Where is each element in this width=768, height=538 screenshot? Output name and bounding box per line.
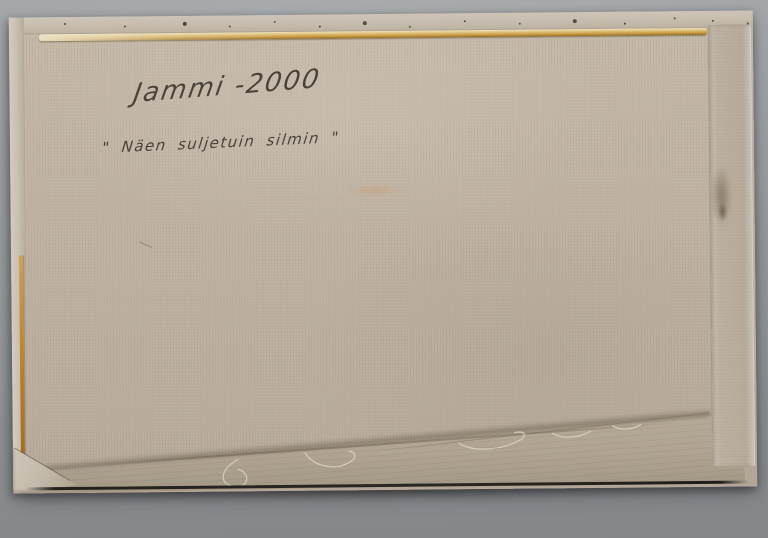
stain-mark (706, 151, 737, 241)
photo-backdrop: Jammi -2000 " Näen suljetuin silmin " (0, 0, 768, 538)
paint-smudge (332, 182, 416, 199)
tack-specks (64, 23, 66, 25)
painting-back: Jammi -2000 " Näen suljetuin silmin " (9, 10, 758, 493)
stretcher-right-bar (708, 24, 755, 466)
stain-mark-core (717, 199, 729, 225)
